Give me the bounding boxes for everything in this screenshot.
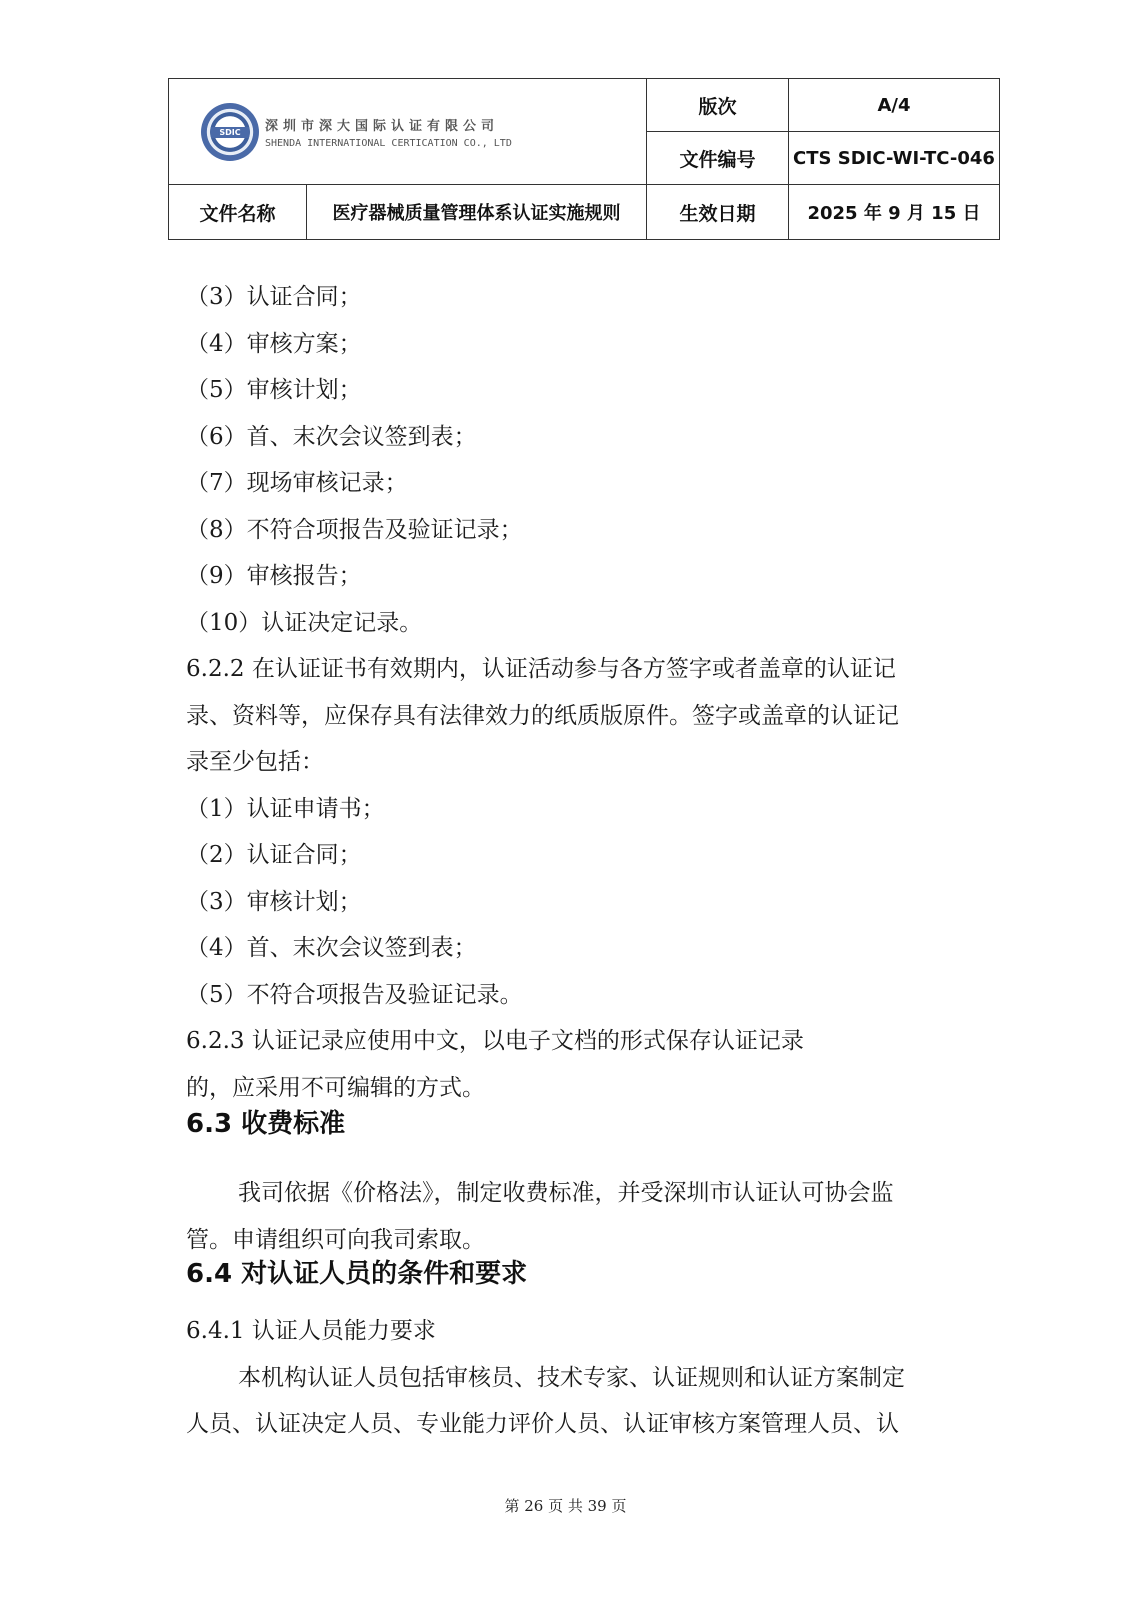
list-item: （4）审核方案；	[186, 325, 362, 358]
document-page: SDIC 深圳市深大国际认证有限公司 SHENDA INTERNATIONAL …	[0, 0, 1131, 1600]
list-item: （5）不符合项报告及验证记录。	[186, 976, 523, 1009]
paragraph-6-4-1-line: 人员、认证决定人员、专业能力评价人员、认证审核方案管理人员、认	[186, 1405, 899, 1438]
effective-date-label: 生效日期	[646, 185, 788, 240]
list-item: （6）首、末次会议签到表；	[186, 418, 477, 451]
company-logo: SDIC 深圳市深大国际认证有限公司 SHENDA INTERNATIONAL …	[169, 103, 646, 161]
paragraph-6-3-line: 管。申请组织可向我司索取。	[186, 1221, 485, 1254]
paragraph-6-4-1-line: 本机构认证人员包括审核员、技术专家、认证规则和认证方案制定	[238, 1359, 905, 1392]
paragraph-6-2-2-line: 录至少包括：	[186, 743, 324, 776]
doc-name-value: 医疗器械质量管理体系认证实施规则	[307, 185, 647, 240]
list-item: （8）不符合项报告及验证记录；	[186, 511, 523, 544]
company-name-cn: 深圳市深大国际认证有限公司	[265, 115, 512, 134]
section-heading-6-4: 6.4 对认证人员的条件和要求	[186, 1253, 527, 1290]
list-item: （3）认证合同；	[186, 278, 362, 311]
company-logo-cell: SDIC 深圳市深大国际认证有限公司 SHENDA INTERNATIONAL …	[169, 79, 647, 185]
list-item: （10）认证决定记录。	[186, 604, 422, 637]
list-item: （3）审核计划；	[186, 883, 362, 916]
list-item: （5）审核计划；	[186, 371, 362, 404]
paragraph-6-2-2-line: 6.2.2 在认证证书有效期内，认证活动参与各方签字或者盖章的认证记	[186, 650, 896, 683]
effective-date-value: 2025 年 9 月 15 日	[788, 185, 999, 240]
paragraph-6-3-line: 我司依据《价格法》，制定收费标准，并受深圳市认证认可协会监	[238, 1174, 894, 1207]
list-item: （1）认证申请书；	[186, 790, 385, 823]
version-value: A/4	[788, 79, 999, 132]
paragraph-6-2-2-line: 录、资料等，应保存具有法律效力的纸质版原件。签字或盖章的认证记	[186, 697, 899, 730]
section-heading-6-3: 6.3 收费标准	[186, 1103, 345, 1140]
company-name-en: SHENDA INTERNATIONAL CERTICATION CO., LT…	[265, 138, 512, 149]
list-item: （9）审核报告；	[186, 557, 362, 590]
list-item: （4）首、末次会议签到表；	[186, 929, 477, 962]
list-item: （2）认证合同；	[186, 836, 362, 869]
subsection-title-6-4-1: 6.4.1 认证人员能力要求	[186, 1312, 436, 1345]
page-number-footer: 第 26 页 共 39 页	[0, 1495, 1131, 1516]
sdic-seal-icon: SDIC	[201, 103, 259, 161]
list-item: （7）现场审核记录；	[186, 464, 408, 497]
version-label: 版次	[646, 79, 788, 132]
doc-no-label: 文件编号	[646, 132, 788, 185]
document-header-table: SDIC 深圳市深大国际认证有限公司 SHENDA INTERNATIONAL …	[168, 78, 1000, 240]
doc-no-value: CTS SDIC-WI-TC-046	[788, 132, 999, 185]
paragraph-6-2-3-line: 的，应采用不可编辑的方式。	[186, 1069, 485, 1102]
paragraph-6-2-3-line: 6.2.3 认证记录应使用中文，以电子文档的形式保存认证记录	[186, 1022, 804, 1055]
doc-name-label: 文件名称	[169, 185, 307, 240]
